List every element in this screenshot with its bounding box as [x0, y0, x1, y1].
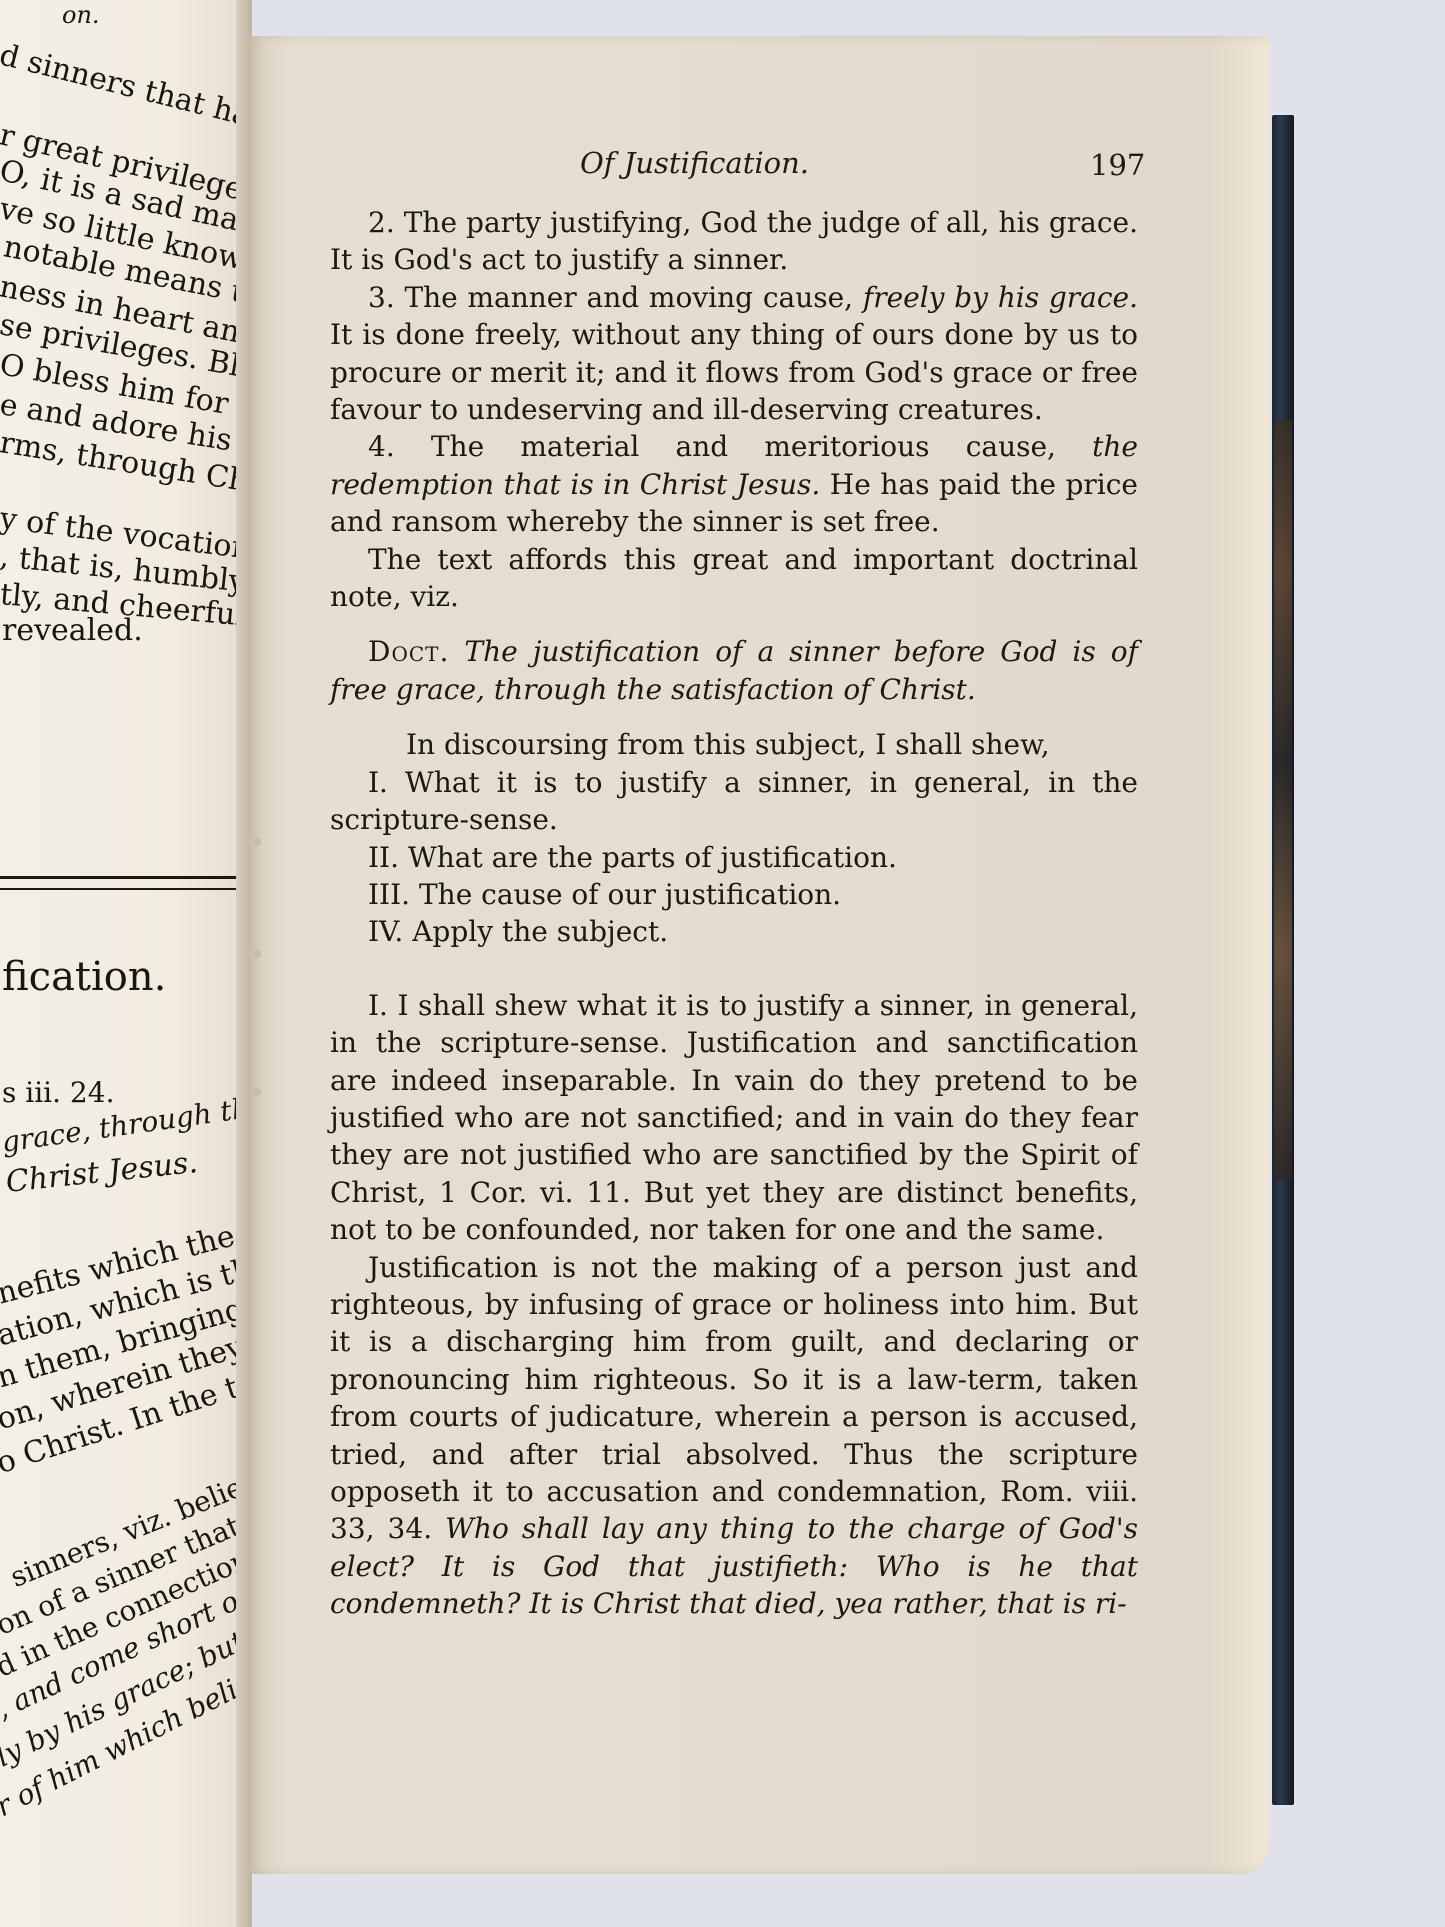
- discourse-intro: In discoursing from this subject, I shal…: [330, 726, 1138, 763]
- outline-item-4: IV. Apply the subject.: [330, 913, 1138, 950]
- right-page: Of Justification. 197 2. The party justi…: [250, 36, 1270, 1874]
- section-one-paragraph: I. I shall shew what it is to justify a …: [330, 987, 1138, 1249]
- running-head: Of Justification. 197: [330, 146, 1150, 186]
- outline-text: The cause of our justification.: [419, 878, 841, 911]
- spacer: [330, 951, 1138, 987]
- paragraph-italic-phrase: freely by his grace.: [863, 281, 1138, 314]
- paragraph-rest: It is done freely, without any thing of …: [330, 318, 1138, 426]
- paragraph-material-cause: 4. The material and meritorious cause, t…: [330, 428, 1138, 540]
- running-head-title: Of Justification.: [580, 146, 809, 180]
- marbled-cover-detail: [1274, 420, 1292, 1180]
- left-double-rule-top: [0, 876, 240, 879]
- outline-item-3: III. The cause of our justification.: [330, 876, 1138, 913]
- outline-text: What it is to justify a sinner, in gener…: [330, 766, 1138, 836]
- justification-definition-paragraph: Justification is not the making of a per…: [330, 1249, 1138, 1623]
- outline-numeral: IV.: [368, 915, 403, 948]
- outline-numeral: I.: [368, 766, 388, 799]
- left-double-rule-bottom: [0, 888, 240, 890]
- outline-text: Apply the subject.: [412, 915, 668, 948]
- spacer: [330, 708, 1138, 726]
- outline-numeral: II.: [368, 841, 399, 874]
- left-page: on. d sinners that have answ r great pri…: [0, 0, 248, 1927]
- binding-thread-hole: [253, 1088, 261, 1096]
- text-reference-fragment: s iii. 24.: [2, 1074, 114, 1112]
- binding-thread-hole: [253, 838, 261, 846]
- paragraph-body: Justification is not the making of a per…: [330, 1251, 1138, 1546]
- left-line: revealed.: [2, 612, 143, 650]
- doctrine-statement: Doct. The justification of a sinner befo…: [330, 633, 1138, 708]
- scripture-quote: Who shall lay any thing to the charge of…: [330, 1512, 1138, 1620]
- page-body: 2. The party justifying, God the judge o…: [330, 204, 1138, 1623]
- outline-text: What are the parts of justification.: [408, 841, 897, 874]
- outline-numeral: III.: [368, 878, 410, 911]
- doctrine-label: Doct.: [368, 635, 449, 668]
- paragraph-doctrinal-note: The text affords this great and importan…: [330, 541, 1138, 616]
- outline-item-1: I. What it is to justify a sinner, in ge…: [330, 764, 1138, 839]
- chapter-title-fragment: fication.: [2, 958, 166, 996]
- spacer: [330, 615, 1138, 633]
- doctrine-text: The justification of a sinner before God…: [330, 635, 1138, 705]
- binding-thread-hole: [253, 950, 261, 958]
- outline-item-2: II. What are the parts of justification.: [330, 839, 1138, 876]
- page-number: 197: [1090, 148, 1145, 182]
- paragraph-party-justifying: 2. The party justifying, God the judge o…: [330, 204, 1138, 279]
- paragraph-lead: 4. The material and meritorious cause,: [368, 430, 1092, 463]
- paragraph-manner-cause: 3. The manner and moving cause, freely b…: [330, 279, 1138, 429]
- paragraph-lead: 3. The manner and moving cause,: [368, 281, 863, 314]
- left-running-head-fragment: on.: [62, 0, 100, 34]
